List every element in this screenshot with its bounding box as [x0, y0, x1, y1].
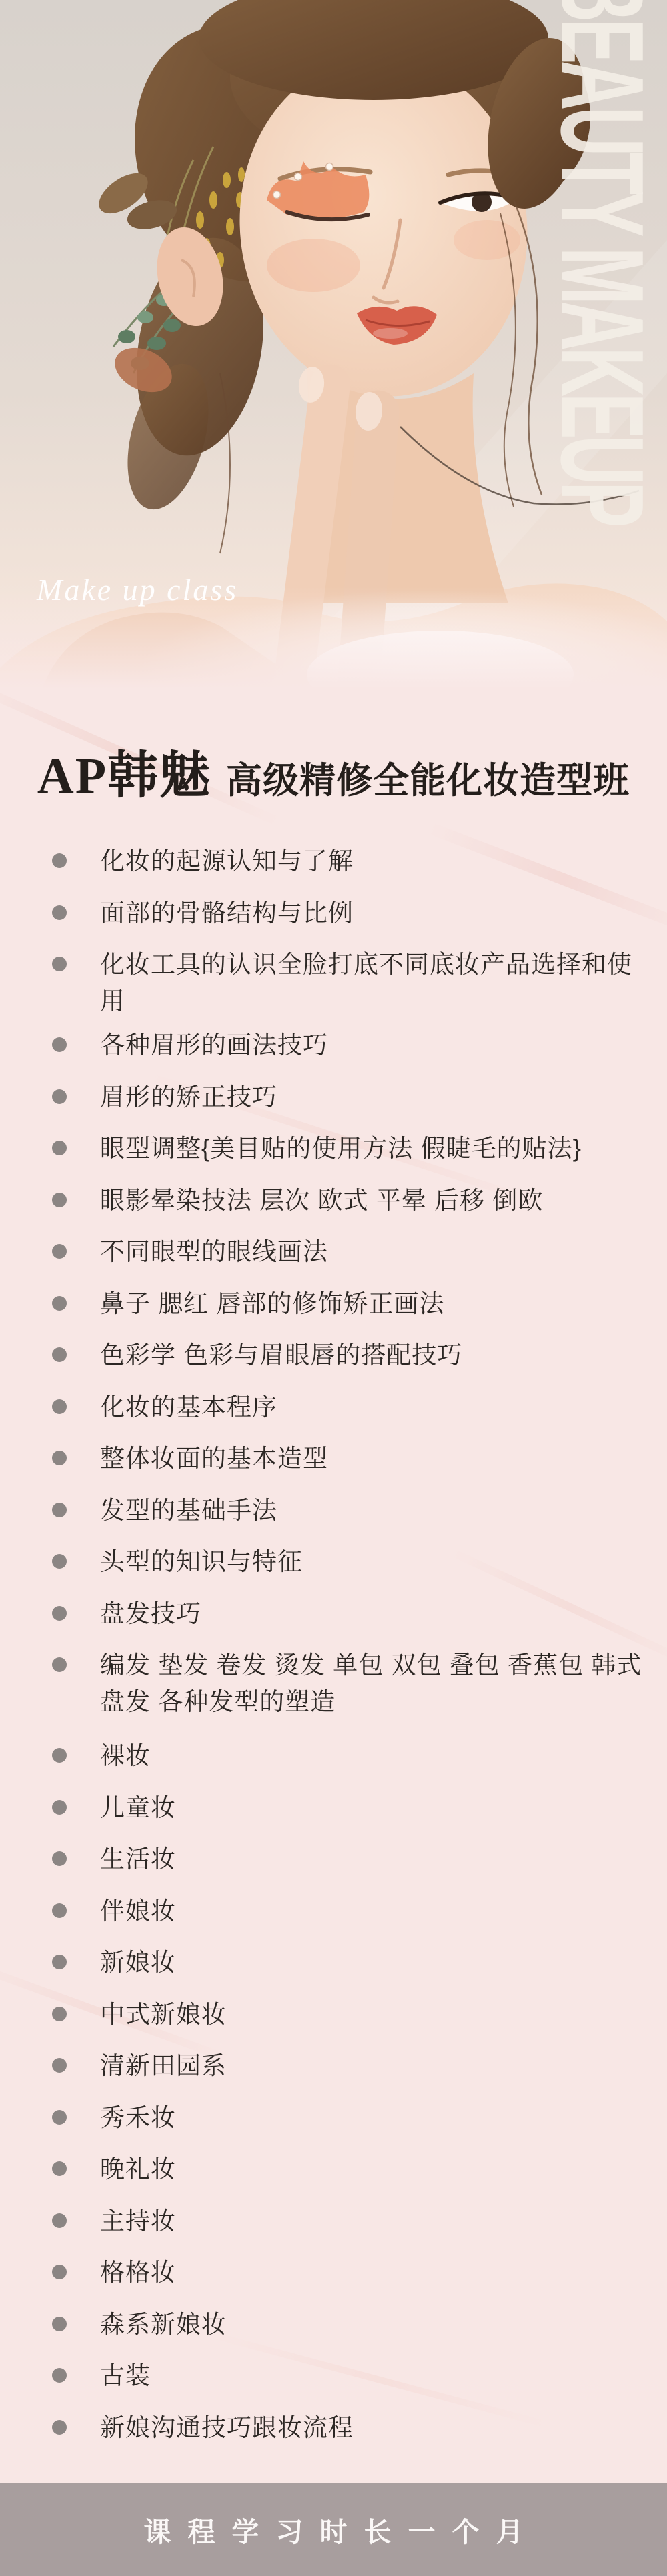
course-item: 色彩学 色彩与眉眼唇的搭配技巧: [52, 1329, 646, 1381]
course-item-text: 化妆的基本程序: [100, 1389, 277, 1425]
bullet-icon: [52, 2265, 67, 2279]
bullet-icon: [52, 905, 67, 920]
course-item-text: 色彩学 色彩与眉眼唇的搭配技巧: [100, 1337, 462, 1373]
course-item-text: 眼型调整{美目贴的使用方法 假睫毛的贴法}: [100, 1130, 582, 1167]
course-header: AP韩魅 高级精修全能化妆造型班: [0, 735, 667, 807]
course-item: 各种眉形的画法技巧: [52, 1019, 646, 1071]
course-item-text: 清新田园系: [100, 2047, 227, 2084]
bullet-icon: [52, 2420, 67, 2435]
course-item: 晚礼妆: [52, 2143, 646, 2195]
bullet-icon: [52, 1903, 67, 1918]
course-item-text: 裸妆: [100, 1737, 151, 1774]
course-item-text: 儿童妆: [100, 1789, 176, 1826]
course-item-text: 晚礼妆: [100, 2151, 176, 2187]
course-item-text: 森系新娘妆: [100, 2306, 227, 2343]
bullet-icon: [52, 1089, 67, 1104]
bullet-icon: [52, 1193, 67, 1207]
bullet-icon: [52, 957, 67, 971]
brand-name: AP韩魅: [37, 735, 211, 807]
bullet-icon: [52, 1657, 67, 1672]
course-item: 化妆工具的认识全脸打底不同底妆产品选择和使用: [52, 939, 646, 1019]
bullet-icon: [52, 2110, 67, 2125]
course-item-text: 化妆工具的认识全脸打底不同底妆产品选择和使用: [100, 946, 646, 1019]
course-item-text: 主持妆: [100, 2203, 176, 2239]
bullet-icon: [52, 1955, 67, 1969]
bullet-icon: [52, 853, 67, 868]
course-item: 儿童妆: [52, 1782, 646, 1834]
course-item-text: 格格妆: [100, 2254, 176, 2291]
course-item: 不同眼型的眼线画法: [52, 1226, 646, 1278]
course-item: 裸妆: [52, 1730, 646, 1782]
bullet-icon: [52, 1851, 67, 1866]
vertical-banner-text: BEAUTY MAKEUP: [542, 0, 660, 523]
bullet-icon: [52, 1606, 67, 1621]
course-item: 编发 垫发 卷发 烫发 单包 双包 叠包 香蕉包 韩式盘发 各种发型的塑造: [52, 1639, 646, 1720]
bullet-icon: [52, 1347, 67, 1362]
bullet-icon: [52, 2161, 67, 2176]
course-item: 头型的知识与特征: [52, 1536, 646, 1588]
course-item-text: 头型的知识与特征: [100, 1543, 303, 1580]
course-item: 森系新娘妆: [52, 2299, 646, 2351]
course-item-text: 新娘沟通技巧跟妆流程: [100, 2409, 354, 2446]
bullet-icon: [52, 1244, 67, 1259]
course-item-text: 各种眉形的画法技巧: [100, 1027, 328, 1063]
bullet-icon: [52, 1399, 67, 1414]
course-item-text: 鼻子 腮红 唇部的修饰矫正画法: [100, 1285, 445, 1322]
course-item: 盘发技巧: [52, 1588, 646, 1640]
course-item-text: 眼影晕染技法 层次 欧式 平晕 后移 倒欧: [100, 1182, 543, 1219]
course-item: 中式新娘妆: [52, 1989, 646, 2041]
bullet-icon: [52, 1503, 67, 1517]
course-list: 化妆的起源认知与了解 面部的骨骼结构与比例 化妆工具的认识全脸打底不同底妆产品选…: [52, 835, 646, 2453]
course-item: 清新田园系: [52, 2040, 646, 2092]
course-item: 面部的骨骼结构与比例: [52, 887, 646, 939]
course-item-text: 眉形的矫正技巧: [100, 1079, 277, 1115]
promo-poster: BEAUTY MAKEUP Make up class AP韩魅 高级精修全能化…: [0, 0, 667, 2576]
footer-band: 课程学习时长一个月: [0, 2483, 667, 2576]
bullet-icon: [52, 2058, 67, 2073]
course-item-text: 面部的骨骼结构与比例: [100, 895, 354, 931]
course-item: 主持妆: [52, 2195, 646, 2247]
bullet-icon: [52, 1037, 67, 1052]
course-item: 新娘妆: [52, 1937, 646, 1989]
course-item-text: 中式新娘妆: [100, 1996, 227, 2033]
course-item-text: 编发 垫发 卷发 烫发 单包 双包 叠包 香蕉包 韩式盘发 各种发型的塑造: [100, 1647, 646, 1720]
course-item-text: 发型的基础手法: [100, 1492, 277, 1529]
course-item-text: 秀禾妆: [100, 2099, 176, 2136]
course-item: 发型的基础手法: [52, 1485, 646, 1537]
course-item-text: 古装: [100, 2357, 151, 2394]
course-item-text: 新娘妆: [100, 1944, 176, 1981]
footer-duration-text: 课程学习时长一个月: [127, 2510, 540, 2549]
bullet-icon: [52, 1296, 67, 1311]
bullet-icon: [52, 2007, 67, 2021]
course-item: 伴娘妆: [52, 1885, 646, 1937]
bullet-icon: [52, 1800, 67, 1815]
course-item: 眼型调整{美目贴的使用方法 假睫毛的贴法}: [52, 1123, 646, 1175]
bullet-icon: [52, 1554, 67, 1569]
course-item: 新娘沟通技巧跟妆流程: [52, 2402, 646, 2454]
hero-photo-section: BEAUTY MAKEUP Make up class: [0, 0, 667, 707]
course-item-text: 不同眼型的眼线画法: [100, 1233, 328, 1270]
course-title: 高级精修全能化妆造型班: [226, 752, 630, 803]
course-item: 化妆的起源认知与了解: [52, 835, 646, 887]
course-item: 格格妆: [52, 2247, 646, 2299]
course-item-text: 生活妆: [100, 1841, 176, 1877]
course-item-text: 盘发技巧: [100, 1595, 201, 1632]
course-item: 秀禾妆: [52, 2092, 646, 2144]
bullet-icon: [52, 1141, 67, 1155]
course-item: 整体妆面的基本造型: [52, 1433, 646, 1485]
bullet-icon: [52, 2317, 67, 2331]
course-item: 化妆的基本程序: [52, 1381, 646, 1433]
bullet-icon: [52, 1748, 67, 1763]
bullet-icon: [52, 1451, 67, 1465]
course-item: 眉形的矫正技巧: [52, 1071, 646, 1123]
course-item: 眼影晕染技法 层次 欧式 平晕 后移 倒欧: [52, 1175, 646, 1227]
course-item: 鼻子 腮红 唇部的修饰矫正画法: [52, 1278, 646, 1330]
course-item: 古装: [52, 2350, 646, 2402]
bullet-icon: [52, 2368, 67, 2383]
script-caption: Make up class: [37, 572, 238, 607]
course-item-text: 整体妆面的基本造型: [100, 1440, 328, 1477]
course-item: 生活妆: [52, 1833, 646, 1885]
course-item-text: 化妆的起源认知与了解: [100, 843, 354, 879]
course-item-text: 伴娘妆: [100, 1893, 176, 1929]
bullet-icon: [52, 2213, 67, 2228]
